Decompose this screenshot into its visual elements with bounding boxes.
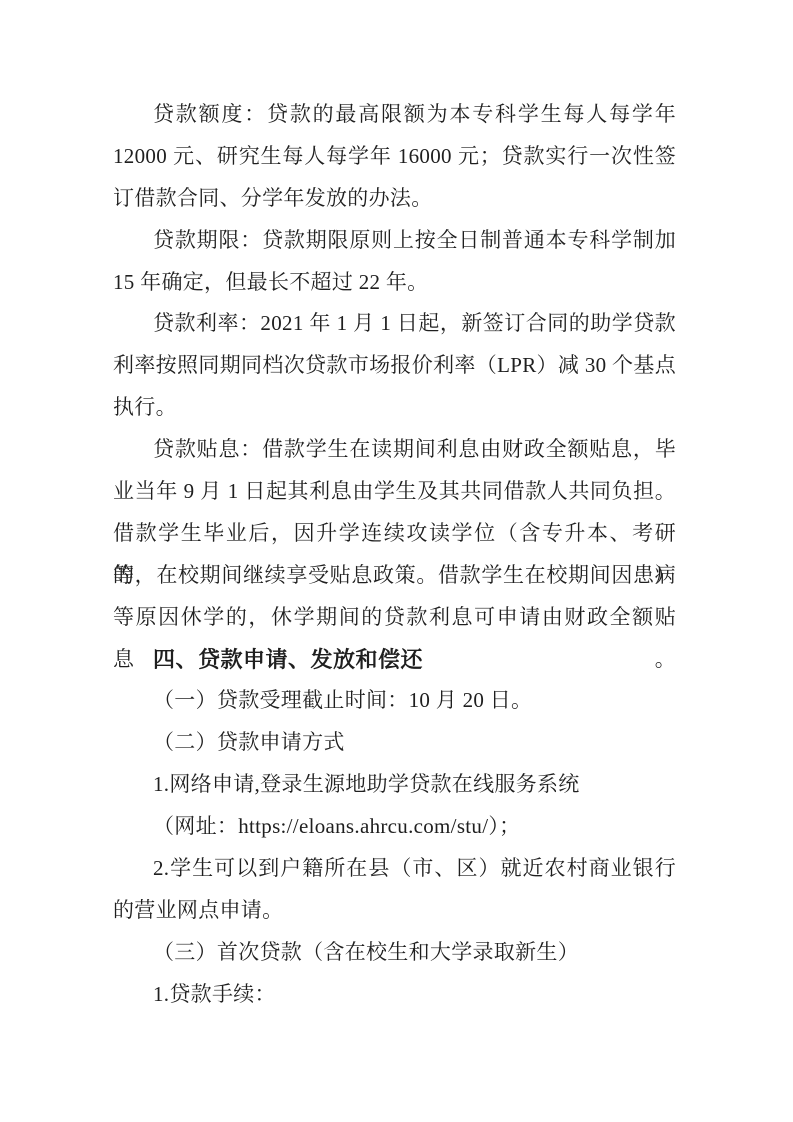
document-line: 贷款贴息：借款学生在读期间利息由财政全额贴息，毕 [113,429,676,471]
document-line: 贷款额度：贷款的最高限额为本专科学生每人每学年 [113,94,676,136]
document-line: 1.网络申请,登录生源地助学贷款在线服务系统 [113,764,676,806]
document-page: 贷款额度：贷款的最高限额为本专科学生每人每学年12000 元、研究生每人每学年 … [0,0,793,1122]
document-line: 借款学生毕业后，因升学连续攻读学位（含专升本、考研等） [113,513,676,555]
document-line: 12000 元、研究生每人每学年 16000 元；贷款实行一次性签 [113,136,676,178]
document-line: 利率按照同期同档次贷款市场报价利率（LPR）减 30 个基点 [113,345,676,387]
document-body: 贷款额度：贷款的最高限额为本专科学生每人每学年12000 元、研究生每人每学年 … [113,94,676,1016]
document-line: 业当年 9 月 1 日起其利息由学生及其共同借款人共同负担。 [113,471,676,513]
document-line: 等原因休学的，休学期间的贷款利息可申请由财政全额贴息。 [113,597,676,639]
document-line: （一）贷款受理截止时间：10 月 20 日。 [113,680,676,722]
document-line: 贷款利率：2021 年 1 月 1 日起，新签订合同的助学贷款 [113,303,676,345]
document-line: 的，在校期间继续享受贴息政策。借款学生在校期间因患病 [113,555,676,597]
document-line: （二）贷款申请方式 [113,722,676,764]
document-line: 2.学生可以到户籍所在县（市、区）就近农村商业银行 [113,848,676,890]
document-line: 1.贷款手续： [113,974,676,1016]
document-line: 贷款期限：贷款期限原则上按全日制普通本专科学制加 [113,220,676,262]
document-line: 15 年确定，但最长不超过 22 年。 [113,262,676,304]
document-line: （网址：https://eloans.ahrcu.com/stu/）； [113,806,676,848]
document-line: 的营业网点申请。 [113,890,676,932]
document-line: （三）首次贷款（含在校生和大学录取新生） [113,932,676,974]
document-line: 执行。 [113,387,676,429]
document-line: 订借款合同、分学年发放的办法。 [113,178,676,220]
